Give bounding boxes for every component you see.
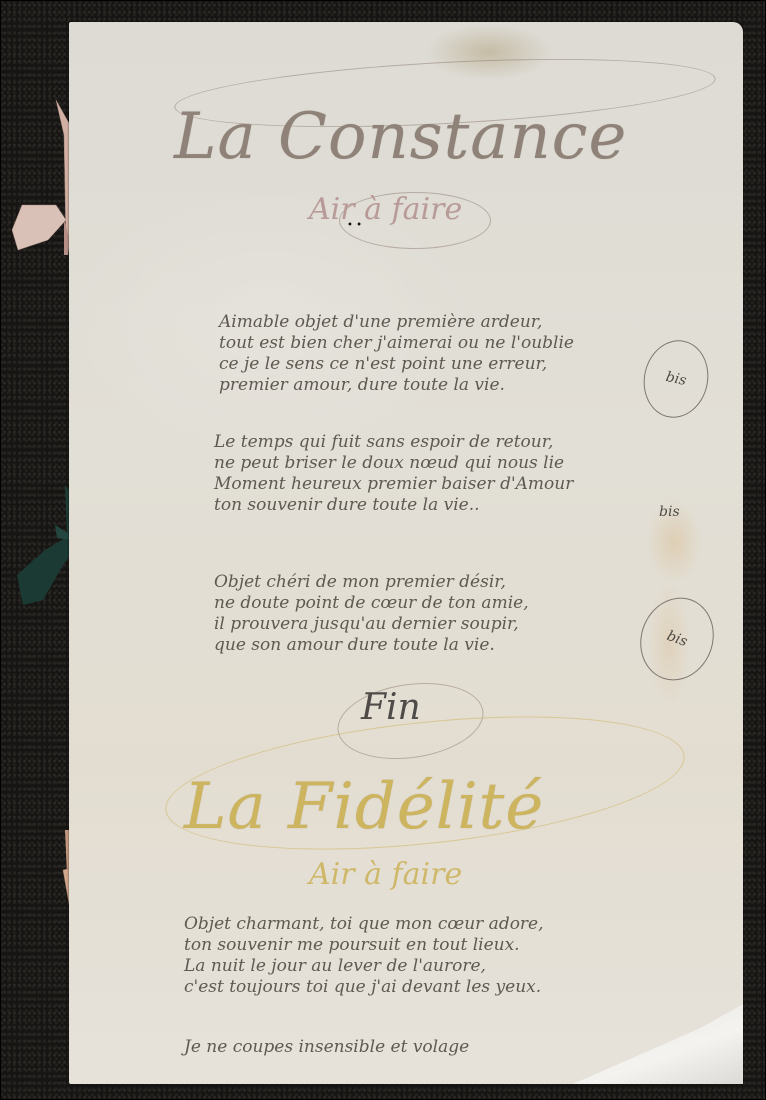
folded-corner [573, 1004, 743, 1084]
song1-stanza-1: Aimable objet d'une première ardeur, tou… [219, 312, 574, 396]
verse-line: ne peut briser le doux nœud qui nous lie [214, 453, 573, 474]
song1-title: La Constance [174, 100, 627, 174]
verse-line: Le temps qui fuit sans espoir de retour, [214, 432, 573, 453]
song1-stanza-3: Objet chéri de mon premier désir, ne dou… [214, 572, 529, 656]
song2-title: La Fidélité [184, 770, 544, 844]
verse-line: Moment heureux premier baiser d'Amour [214, 474, 573, 495]
verse-line: que son amour dure toute la vie. [214, 635, 529, 656]
fin-mark: Fin [361, 687, 421, 728]
manuscript-page: La Constance Air à faire • • Aimable obj… [69, 22, 743, 1084]
verse-line: Objet charmant, toi que mon cœur adore, [184, 914, 544, 935]
bis-mark-3: bis [629, 587, 725, 691]
ink-dots: • • [347, 220, 362, 231]
verse-line: il prouvera jusqu'au dernier soupir, [214, 614, 529, 635]
verse-line: premier amour, dure toute la vie. [219, 375, 574, 396]
verse-line: La nuit le jour au lever de l'aurore, [184, 956, 544, 977]
verse-line: c'est toujours toi que j'ai devant les y… [184, 977, 544, 998]
bis-mark-2: bis [659, 502, 680, 523]
verse-line: Je ne coupes insensible et volage [184, 1037, 469, 1058]
verse-line: ce je le sens ce n'est point une erreur, [219, 354, 574, 375]
song2-subtitle: Air à faire [309, 857, 462, 892]
song2-stanza-2: Je ne coupes insensible et volage [184, 1037, 469, 1058]
song1-stanza-2: Le temps qui fuit sans espoir de retour,… [214, 432, 573, 516]
verse-line: Objet chéri de mon premier désir, [214, 572, 529, 593]
pink-ribbon-top [8, 95, 78, 255]
green-ribbon-middle [5, 480, 75, 620]
verse-line: ton souvenir dure toute la vie.. [214, 495, 573, 516]
song2-stanza-1: Objet charmant, toi que mon cœur adore, … [184, 914, 544, 998]
verse-line: ton souvenir me poursuit en tout lieux. [184, 935, 544, 956]
verse-line: ne doute point de cœur de ton amie, [214, 593, 529, 614]
bis-mark-1: bis [637, 334, 716, 424]
verse-line: Aimable objet d'une première ardeur, [219, 312, 574, 333]
verse-line: tout est bien cher j'aimerai ou ne l'oub… [219, 333, 574, 354]
song1-subtitle: Air à faire [309, 192, 462, 227]
